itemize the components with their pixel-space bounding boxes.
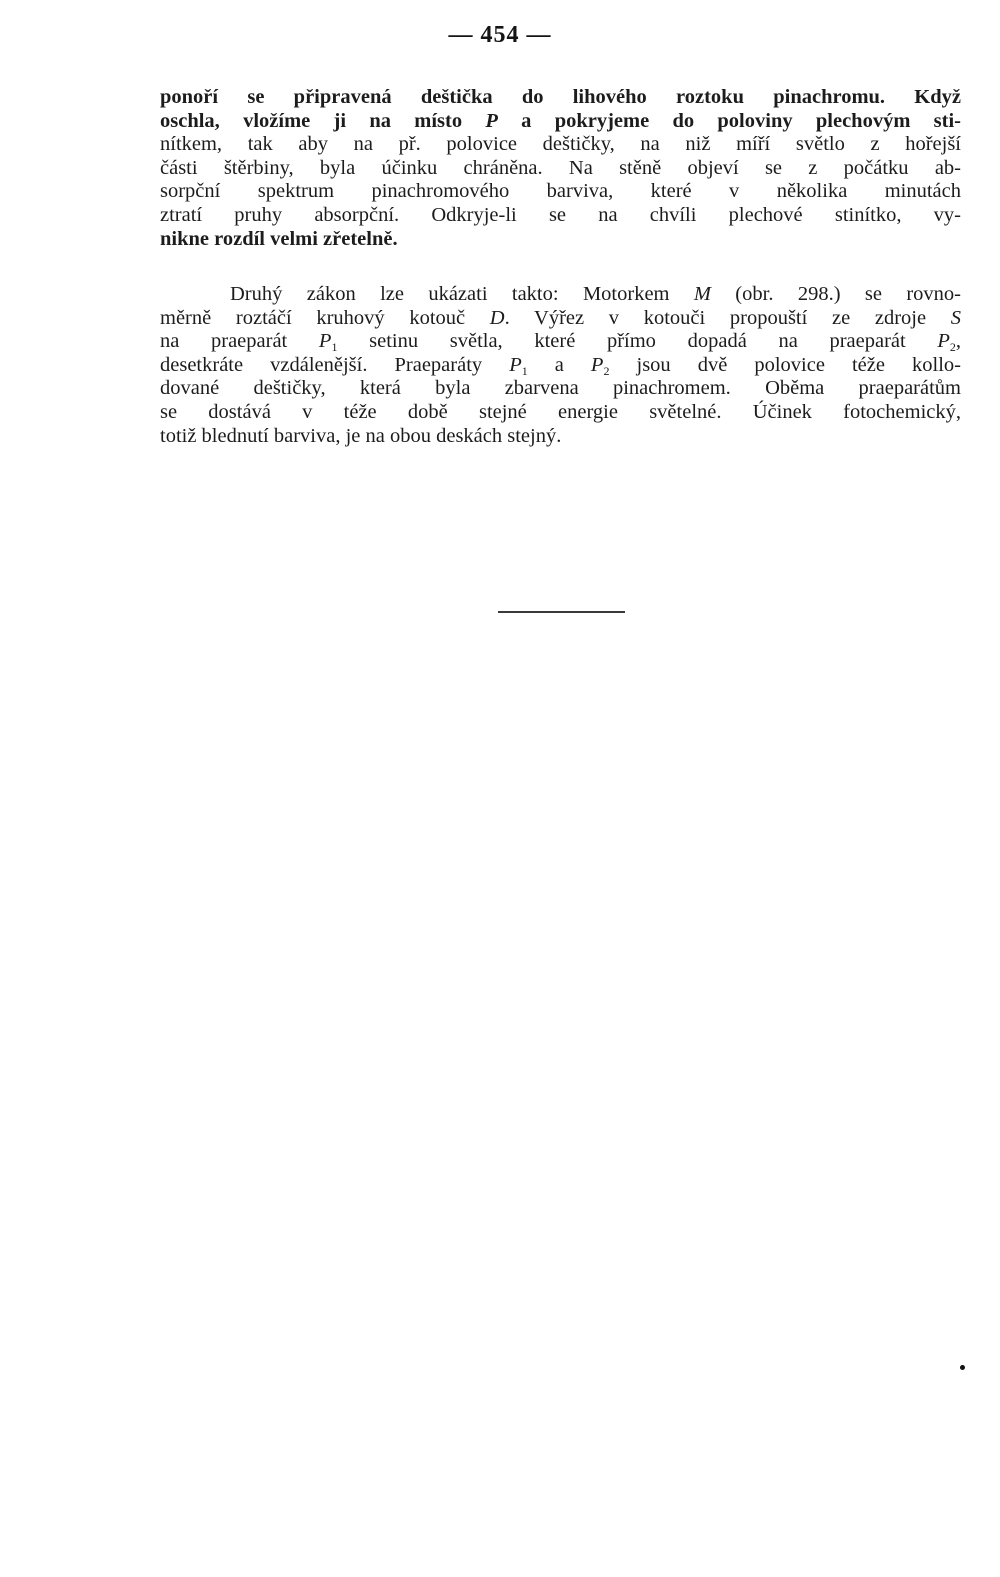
text-run: (obr. 298.) se rovno- — [711, 283, 961, 305]
variable-M: M — [694, 283, 711, 305]
text-line: totiž blednutí barviva, je na obou deská… — [160, 425, 961, 449]
variable-P1: P — [509, 354, 522, 376]
text-run: a — [528, 354, 591, 376]
variable-P1: P — [319, 330, 332, 352]
text-line: měrně roztáčí kruhový kotouč D. Výřez v … — [160, 307, 961, 331]
text-run: setinu světla, které přímo dopadá na pra… — [337, 330, 937, 352]
text-line: ponoří se připravená deštička do lihovéh… — [160, 86, 961, 110]
ink-speck — [960, 1365, 965, 1370]
variable-D: D — [490, 307, 505, 329]
text-line: dované deštičky, která byla zbarvena pin… — [160, 377, 961, 401]
text-line: nikne rozdíl velmi zřetelně. — [160, 228, 961, 252]
text-line: desetkráte vzdálenější. Praeparáty P1 a … — [160, 354, 961, 378]
variable-S: S — [951, 307, 961, 329]
text-line: části štěrbiny, byla účinku chráněna. Na… — [160, 157, 961, 181]
text-line: na praeparát P1 setinu světla, které pří… — [160, 330, 961, 354]
paragraph-1: ponoří se připravená deštička do lihovéh… — [160, 86, 961, 251]
text-run: a pokryjeme do poloviny plechovým sti- — [498, 110, 961, 132]
paragraph-2: Druhý zákon lze ukázati takto: Motorkem … — [160, 283, 961, 448]
text-run: Druhý zákon lze ukázati takto: Motorkem — [230, 283, 694, 305]
page-number: — 454 — — [0, 22, 1000, 49]
text-run: na praeparát — [160, 330, 319, 352]
variable-P: P — [485, 110, 498, 132]
text-run: oschla, vložíme ji na místo — [160, 110, 485, 132]
text-line: Druhý zákon lze ukázati takto: Motorkem … — [160, 283, 961, 307]
text-line: ztratí pruhy absorpční. Odkryje-li se na… — [160, 204, 961, 228]
text-run: jsou dvě polovice téže kollo- — [609, 354, 961, 376]
text-line: sorpční spektrum pinachromového barviva,… — [160, 180, 961, 204]
variable-P2: P — [591, 354, 604, 376]
text-line: se dostává v téže době stejné energie sv… — [160, 401, 961, 425]
text-run: desetkráte vzdálenější. Praeparáty — [160, 354, 509, 376]
text-run: . Výřez v kotouči propouští ze zdroje — [505, 307, 951, 329]
text-line: nítkem, tak aby na př. polovice deštičky… — [160, 133, 961, 157]
end-rule — [498, 611, 625, 613]
text-line: oschla, vložíme ji na místo P a pokryjem… — [160, 110, 961, 134]
variable-P2: P — [937, 330, 950, 352]
text-run: , — [956, 330, 961, 352]
text-run: měrně roztáčí kruhový kotouč — [160, 307, 490, 329]
